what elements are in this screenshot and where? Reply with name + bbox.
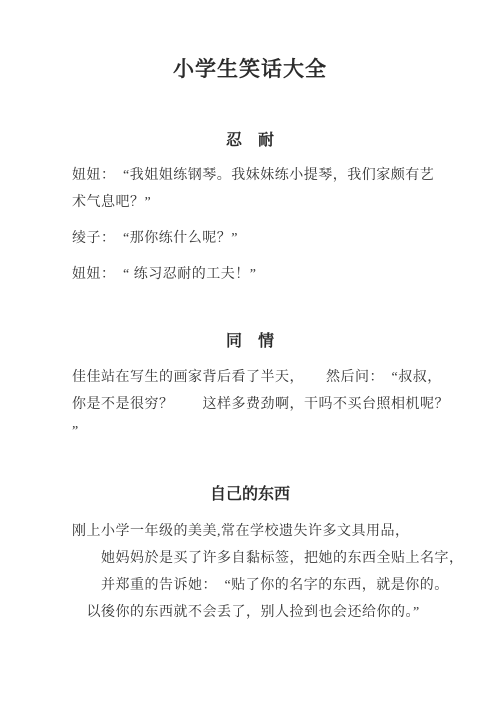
paragraph: 刚上小学一年级的美美,常在学校遗失许多文具用品， 她妈妈於是买了许多自黏标签，把… <box>72 518 440 626</box>
section-patience: 忍 耐 妞妞： “我姐姐练钢琴。我妹妹练小提琴，我们家颇有艺 术气息吧？” 绫子… <box>72 130 440 288</box>
paragraph: 佳佳站在写生的画家背后看了半天， 然后问： “叔叔， 你是不是很穷？ 这样多费劲… <box>72 364 440 445</box>
section-own-things: 自己的东西 刚上小学一年级的美美,常在学校遗失许多文具用品， 她妈妈於是买了许多… <box>72 484 440 626</box>
text-line: 刚上小学一年级的美美,常在学校遗失许多文具用品， <box>72 518 440 545</box>
section-sympathy: 同 情 佳佳站在写生的画家背后看了半天， 然后问： “叔叔， 你是不是很穷？ 这… <box>72 331 440 445</box>
document-page: 小学生笑话大全 忍 耐 妞妞： “我姐姐练钢琴。我妹妹练小提琴，我们家颇有艺 术… <box>0 0 500 708</box>
text-line: 妞妞： “ 练习忍耐的工夫！” <box>72 261 440 288</box>
text-line: 她妈妈於是买了许多自黏标签，把她的东西全贴上名字， <box>72 545 440 572</box>
document-title: 小学生笑话大全 <box>60 0 440 84</box>
section-heading-patience: 忍 耐 <box>60 130 440 152</box>
text-line: ” <box>72 418 440 445</box>
text-line: 佳佳站在写生的画家背后看了半天， 然后问： “叔叔， <box>72 364 440 391</box>
text-line: 并郑重的告诉她： “贴了你的名字的东西，就是你的。 <box>72 572 440 599</box>
section-heading-own-things: 自己的东西 <box>60 484 440 506</box>
paragraph: 妞妞： “ 练习忍耐的工夫！” <box>72 261 440 288</box>
text-line: 以後你的东西就不会丢了，别人捡到也会还给你的。” <box>72 599 440 626</box>
text-line: 你是不是很穷？ 这样多费劲啊，干吗不买台照相机呢？ <box>72 391 440 418</box>
text-line: 妞妞： “我姐姐练钢琴。我妹妹练小提琴，我们家颇有艺 <box>72 162 440 189</box>
text-line: 绫子： “那你练什么呢？” <box>72 225 440 252</box>
paragraph: 绫子： “那你练什么呢？” <box>72 225 440 252</box>
text-line: 术气息吧？” <box>72 189 440 216</box>
paragraph: 妞妞： “我姐姐练钢琴。我妹妹练小提琴，我们家颇有艺 术气息吧？” <box>72 162 440 216</box>
section-heading-sympathy: 同 情 <box>60 331 440 353</box>
